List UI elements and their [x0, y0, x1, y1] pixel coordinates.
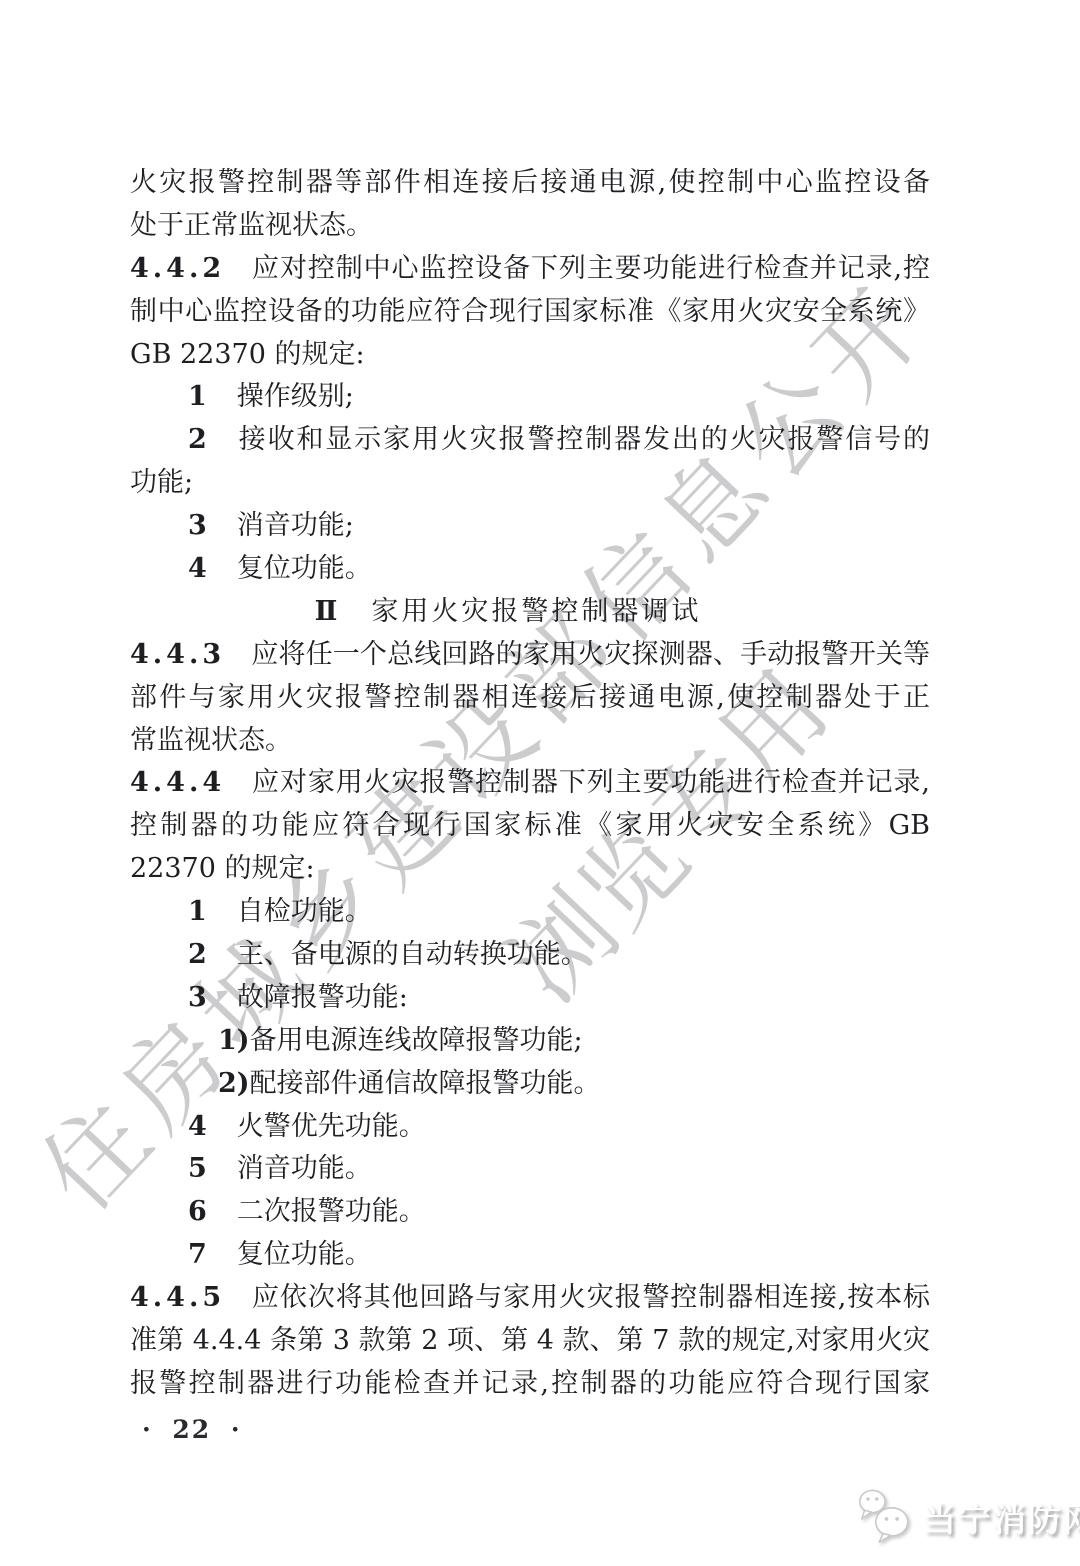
- line-text: 控制器的功能应符合现行国家标准《家用火灾安全系统》GB: [130, 810, 930, 841]
- line-text: 配接部件通信故障报警功能。: [250, 1068, 601, 1099]
- line-text: 火灾报警控制器等部件相连接后接通电源,使控制中心监控设备: [130, 167, 930, 198]
- text-line-para: 火灾报警控制器等部件相连接后接通电源,使控制中心监控设备: [130, 162, 930, 205]
- line-number: 4.4.2: [130, 253, 225, 284]
- text-line-para: 功能;: [130, 462, 930, 505]
- line-text: 主、备电源的自动转换功能。: [237, 939, 588, 970]
- line-text: 火警优先功能。: [237, 1111, 426, 1142]
- line-text: 复位功能。: [237, 1239, 372, 1270]
- line-text: GB 22370 的规定:: [130, 339, 365, 370]
- text-line-para: 制中心监控设备的功能应符合现行国家标准《家用火灾安全系统》: [130, 291, 930, 334]
- line-number: 3: [188, 982, 211, 1013]
- text-line-para: GB 22370 的规定:: [130, 334, 930, 377]
- text-line-para: 报警控制器进行功能检查并记录,控制器的功能应符合现行国家: [130, 1363, 930, 1406]
- text-line-heading: Ⅱ家用火灾报警控制器调试: [130, 591, 930, 634]
- line-text: 二次报警功能。: [237, 1196, 426, 1227]
- line-text: 报警控制器进行功能检查并记录,控制器的功能应符合现行国家: [130, 1368, 930, 1399]
- line-number: 4.4.4: [130, 767, 225, 798]
- text-line-para: 准第 4.4.4 条第 3 款第 2 项、第 4 款、第 7 款的规定,对家用火…: [130, 1320, 930, 1363]
- text-line-item: 1自检功能。: [188, 891, 930, 934]
- line-number: 4: [188, 553, 211, 584]
- text-line-item: 4火警优先功能。: [188, 1106, 930, 1149]
- line-text: 消音功能。: [237, 1153, 372, 1184]
- text-line-item: 4复位功能。: [188, 548, 930, 591]
- line-number: 1: [188, 381, 211, 412]
- line-text: 准第 4.4.4 条第 3 款第 2 项、第 4 款、第 7 款的规定,对家用火…: [130, 1325, 930, 1356]
- text-line-section: 4.4.5应依次将其他回路与家用火灾报警控制器相连接,按本标: [130, 1277, 930, 1320]
- line-text: 家用火灾报警控制器调试: [371, 596, 701, 627]
- line-number: 1: [188, 896, 211, 927]
- line-number: 4.4.3: [130, 639, 225, 670]
- text-line-item: 2接收和显示家用火灾报警控制器发出的火灾报警信号的: [188, 419, 930, 462]
- text-line-section: 4.4.2应对控制中心监控设备下列主要功能进行检查并记录,控: [130, 248, 930, 291]
- line-number: 2): [218, 1068, 250, 1099]
- line-text: 制中心监控设备的功能应符合现行国家标准《家用火灾安全系统》: [130, 296, 930, 327]
- line-text: 22370 的规定:: [130, 853, 315, 884]
- line-text: 应依次将其他回路与家用火灾报警控制器相连接,按本标: [251, 1282, 930, 1313]
- text-line-para: 控制器的功能应符合现行国家标准《家用火灾安全系统》GB: [130, 805, 930, 848]
- text-line-para: 部件与家用火灾报警控制器相连接后接通电源,使控制器处于正: [130, 677, 930, 720]
- line-number: 1): [218, 1025, 250, 1056]
- text-line-item: 1操作级别;: [188, 376, 930, 419]
- text-line-item: 3消音功能;: [188, 505, 930, 548]
- text-line-item: 2主、备电源的自动转换功能。: [188, 934, 930, 977]
- line-number: 2: [188, 424, 211, 455]
- line-text: 功能;: [130, 467, 193, 498]
- site-logo-text: 当宁消防网: [923, 1494, 1080, 1541]
- line-number: 6: [188, 1196, 211, 1227]
- page-number: · 22 ·: [142, 1415, 242, 1444]
- text-line-subitem: 2)配接部件通信故障报警功能。: [218, 1063, 930, 1106]
- line-number: 2: [188, 939, 211, 970]
- line-number: 4: [188, 1111, 211, 1142]
- text-line-item: 3故障报警功能:: [188, 977, 930, 1020]
- line-text: 应对家用火灾报警控制器下列主要功能进行检查并记录,: [251, 767, 930, 798]
- text-line-para: 常监视状态。: [130, 720, 930, 763]
- text-line-subitem: 1)备用电源连线故障报警功能;: [218, 1020, 930, 1063]
- text-line-para: 处于正常监视状态。: [130, 205, 930, 248]
- line-text: 故障报警功能:: [237, 982, 408, 1013]
- line-number: 4.4.5: [130, 1282, 225, 1313]
- line-text: 常监视状态。: [130, 725, 292, 756]
- text-line-para: 22370 的规定:: [130, 848, 930, 891]
- text-line-section: 4.4.3应将任一个总线回路的家用火灾探测器、手动报警开关等: [130, 634, 930, 677]
- text-line-item: 5消音功能。: [188, 1148, 930, 1191]
- line-number: Ⅱ: [315, 596, 342, 627]
- text-line-item: 7复位功能。: [188, 1234, 930, 1277]
- line-number: 7: [188, 1239, 211, 1270]
- wechat-icon: [854, 1486, 916, 1548]
- text-line-section: 4.4.4应对家用火灾报警控制器下列主要功能进行检查并记录,: [130, 762, 930, 805]
- line-text: 自检功能。: [237, 896, 372, 927]
- line-number: 3: [188, 510, 211, 541]
- site-logo: 当宁消防网: [854, 1486, 1080, 1548]
- line-number: 5: [188, 1153, 211, 1184]
- line-text: 应对控制中心监控设备下列主要功能进行检查并记录,控: [251, 253, 930, 284]
- document-page: 住房城乡建设部信息公开 浏览专用 火灾报警控制器等部件相连接后接通电源,使控制中…: [0, 0, 1080, 1566]
- line-text: 备用电源连线故障报警功能;: [250, 1025, 583, 1056]
- document-body: 火灾报警控制器等部件相连接后接通电源,使控制中心监控设备处于正常监视状态。4.4…: [130, 162, 930, 1406]
- line-text: 消音功能;: [237, 510, 354, 541]
- line-text: 部件与家用火灾报警控制器相连接后接通电源,使控制器处于正: [130, 682, 930, 713]
- line-text: 应将任一个总线回路的家用火灾探测器、手动报警开关等: [251, 639, 930, 670]
- text-line-item: 6二次报警功能。: [188, 1191, 930, 1234]
- line-text: 接收和显示家用火灾报警控制器发出的火灾报警信号的: [237, 424, 930, 455]
- line-text: 处于正常监视状态。: [130, 210, 373, 241]
- line-text: 操作级别;: [237, 381, 354, 412]
- line-text: 复位功能。: [237, 553, 372, 584]
